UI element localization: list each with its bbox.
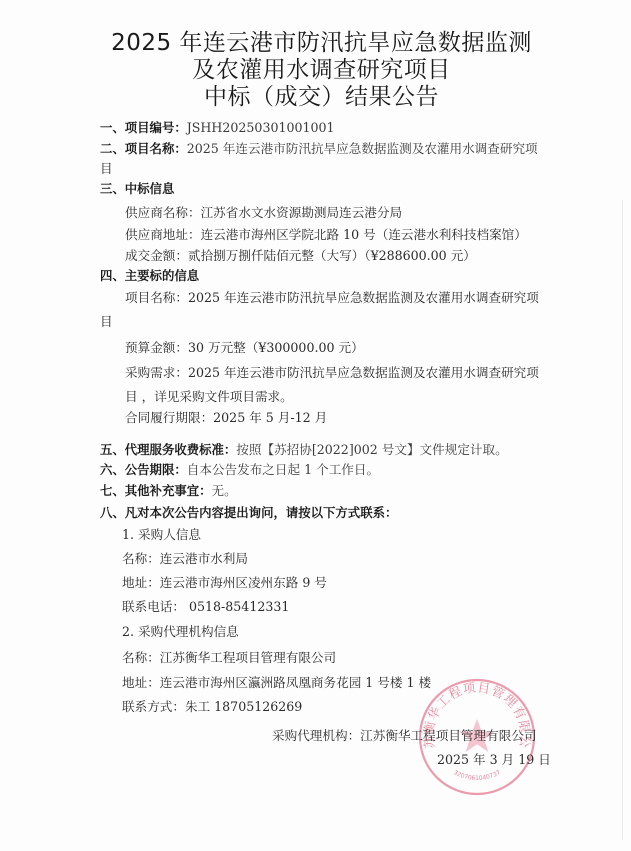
section-project-number: 一、项目编号：JSHH20250301001001	[100, 120, 335, 136]
purchaser-phone: 联系电话： 0518-85412331	[122, 599, 289, 615]
section-label: 二、项目名称：	[100, 141, 187, 156]
section-label: 一、项目编号：	[100, 120, 187, 135]
section-label: 七、其他补充事宜：	[100, 483, 212, 498]
document-page: 2025 年连云港市防汛抗旱应急数据监测 及农灌用水调查研究项目 中标（成交）结…	[0, 0, 631, 851]
other-matters-value: 无。	[212, 483, 237, 498]
notice-period-value: 自本公告发布之日起 1 个工作日。	[187, 462, 379, 477]
agency-heading: 2. 采购代理机构信息	[122, 624, 239, 640]
section-contact: 八、凡对本次公告内容提出询问，请按以下方式联系：	[100, 505, 397, 521]
supplier-address: 供应商地址：连云港市海州区学院北路 10 号（连云港水利科技档案馆）	[125, 227, 527, 243]
project-number-value: JSHH20250301001001	[187, 120, 335, 135]
section-agency-fee: 五、代理服务收费标准：按照【苏招协[2022]002 号文】文件规定计取。	[100, 442, 508, 458]
purchaser-heading: 1. 采购人信息	[122, 527, 201, 543]
agency-name: 名称：江苏衡华工程项目管理有限公司	[122, 650, 336, 666]
contract-period: 合同履行期限：2025 年 5 月-12 月	[125, 410, 327, 426]
section-notice-period: 六、公告期限：自本公告发布之日起 1 个工作日。	[100, 462, 379, 478]
section-award-info: 三、中标信息	[100, 181, 174, 197]
title-line-3: 中标（成交）结果公告	[6, 84, 631, 111]
section-label: 五、代理服务收费标准：	[100, 442, 236, 457]
supplier-name: 供应商名称：江苏省水文水资源勘测局连云港分局	[125, 205, 402, 221]
signature-date: 2025 年 3 月 19 日	[437, 752, 533, 768]
subject-project-name-wrap: 目	[100, 314, 113, 330]
section-subject-info: 四、主要标的信息	[100, 268, 199, 284]
subject-project-name: 项目名称：2025 年连云港市防汛抗旱应急数据监测及农灌用水调查研究项	[125, 290, 539, 306]
project-name-wrap: 目	[100, 161, 113, 177]
procurement-requirement: 采购需求：2025 年连云港市防汛抗旱应急数据监测及农灌用水调查研究项	[125, 365, 539, 381]
agency-address: 地址：连云港市海州区瀛洲路凤凰商务花园 1 号楼 1 楼	[122, 675, 431, 691]
procurement-requirement-wrap: 目 ，详见采购文件项目需求。	[125, 389, 293, 405]
budget-amount: 预算金额：30 万元整（¥300000.00 元）	[125, 340, 364, 356]
signature-agency: 采购代理机构：江苏衡华工程项目管理有限公司	[272, 728, 536, 744]
section-label: 六、公告期限：	[100, 462, 187, 477]
section-project-name: 二、项目名称：2025 年连云港市防汛抗旱应急数据监测及农灌用水调查研究项	[100, 141, 538, 157]
svg-text:3207061040737: 3207061040737	[452, 769, 502, 782]
agency-contact: 联系方式：朱工 18705126269	[122, 699, 302, 715]
section-label: 三、中标信息	[100, 181, 174, 196]
purchaser-address: 地址：连云港市海州区凌州东路 9 号	[122, 575, 327, 591]
scan-edge-line	[622, 200, 623, 840]
agency-fee-value: 按照【苏招协[2022]002 号文】文件规定计取。	[236, 442, 507, 457]
deal-amount: 成交金额：贰拾捌万捌仟陆佰元整（大写）（¥288600.00 元）	[125, 248, 476, 264]
section-label: 八、凡对本次公告内容提出询问，请按以下方式联系：	[100, 505, 397, 520]
section-other-matters: 七、其他补充事宜：无。	[100, 483, 237, 499]
project-name-value: 2025 年连云港市防汛抗旱应急数据监测及农灌用水调查研究项	[187, 141, 538, 156]
title-line-2: 及农灌用水调查研究项目	[6, 57, 631, 84]
section-label: 四、主要标的信息	[100, 268, 199, 283]
purchaser-name: 名称：连云港市水利局	[122, 551, 248, 567]
title-line-1: 2025 年连云港市防汛抗旱应急数据监测	[6, 30, 631, 57]
